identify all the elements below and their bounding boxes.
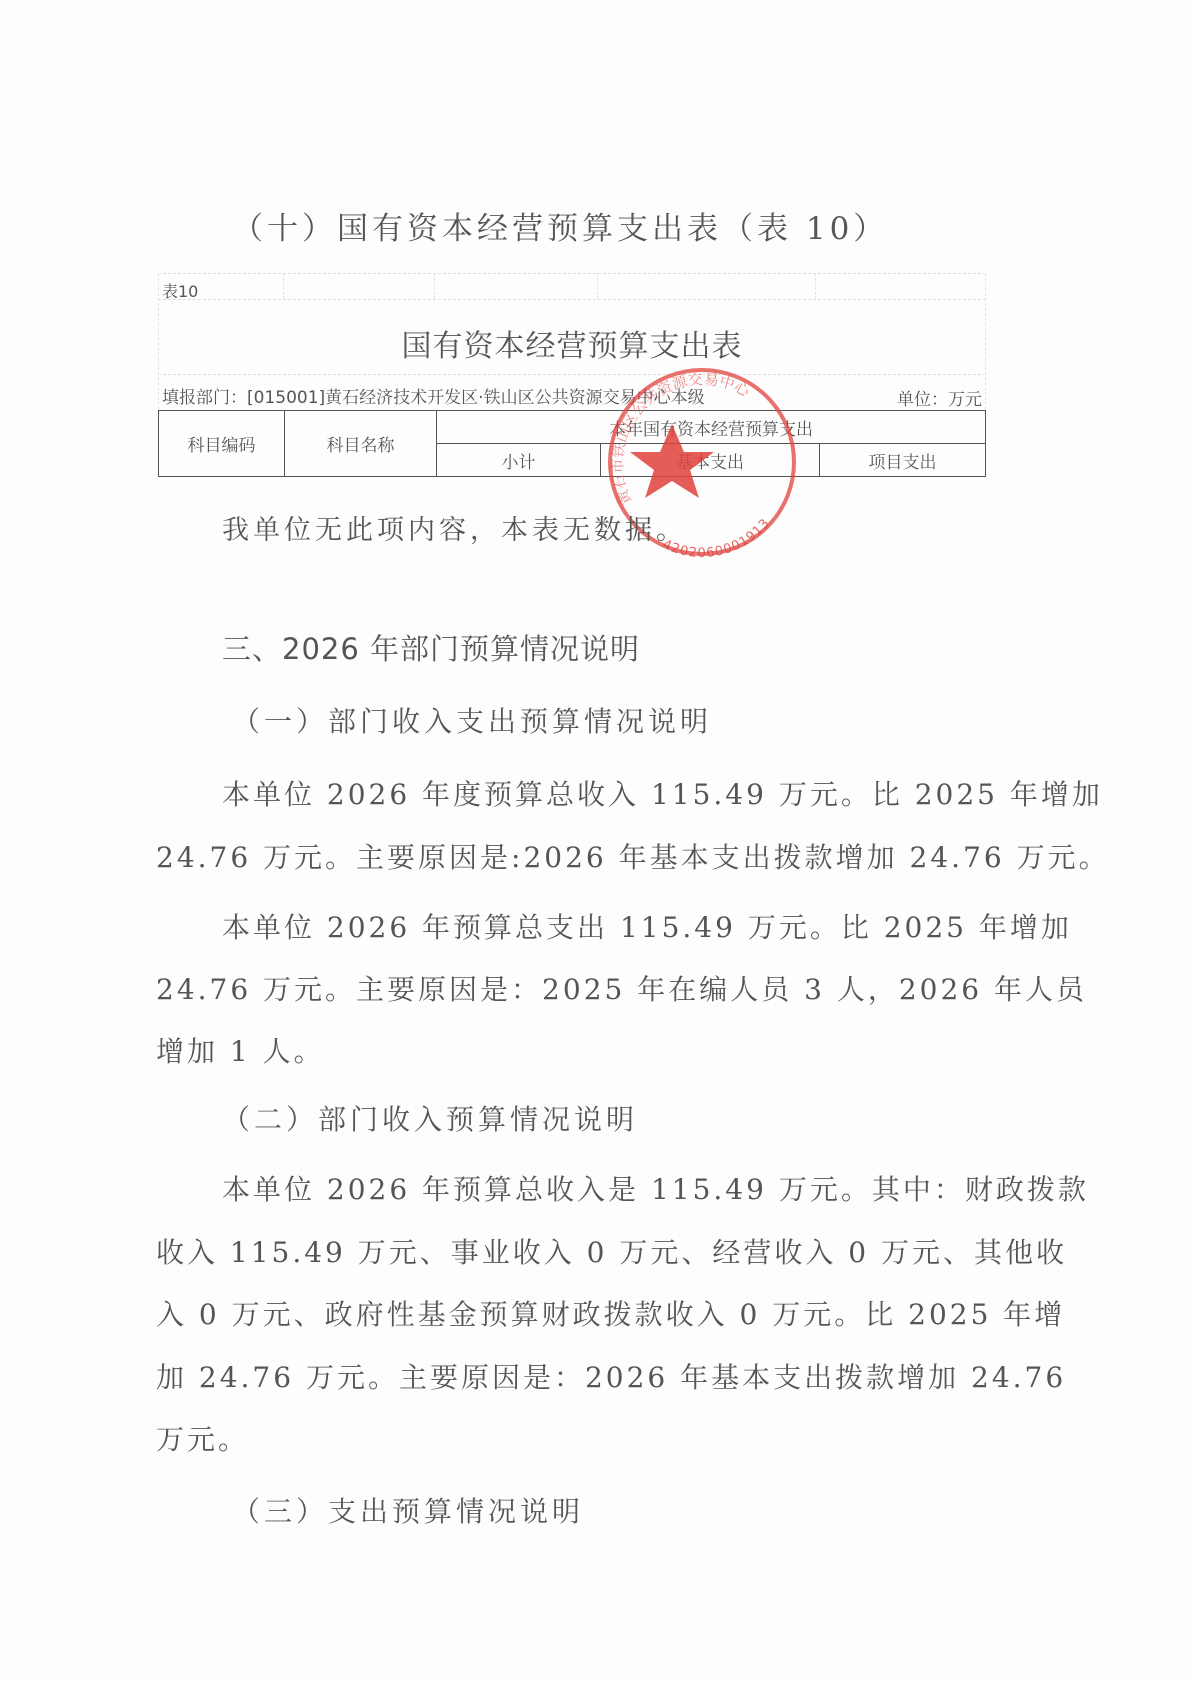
sheet-gridline (283, 273, 284, 299)
table-section-heading: （十）国有资本经营预算支出表（表 10） (232, 203, 888, 248)
sheet-gridline (597, 273, 598, 299)
subsection-1-title: （一）部门收入支出预算情况说明 (232, 700, 712, 740)
subsection-2-title: （二）部门收入预算情况说明 (222, 1098, 638, 1138)
col-project-header: 项目支出 (820, 444, 986, 477)
paragraph-line: 24.76 万元。主要原因是：2025 年在编人员 3 人，2026 年人员 (156, 968, 1087, 1008)
col-name-header: 科目名称 (285, 411, 437, 477)
fill-department: 填报部门：[015001]黄石经济技术开发区·铁山区公共资源交易中心本级 (162, 383, 705, 408)
paragraph-line: 本单位 2026 年度预算总收入 115.49 万元。比 2025 年增加 (222, 773, 1103, 813)
col-subtotal-header: 小计 (437, 444, 601, 477)
paragraph-line: 本单位 2026 年预算总收入是 115.49 万元。其中：财政拨款 (222, 1168, 1089, 1208)
budget-table: 科目编码 科目名称 本年国有资本经营预算支出 小计 基本支出 项目支出 (158, 410, 986, 477)
paragraph-line: 24.76 万元。主要原因是:2026 年基本支出拨款增加 24.76 万元。 (156, 836, 1110, 876)
sheet-label: 表10 (162, 279, 198, 302)
budget-sheet: 表10 国有资本经营预算支出表 填报部门：[015001]黄石经济技术开发区·铁… (158, 273, 986, 473)
sheet-gridline (158, 299, 986, 300)
table-header-row: 科目编码 科目名称 本年国有资本经营预算支出 (159, 411, 986, 444)
sheet-title: 国有资本经营预算支出表 (158, 321, 986, 365)
col-group-header: 本年国有资本经营预算支出 (437, 411, 986, 444)
sheet-gridline (158, 374, 986, 375)
col-code-header: 科目编码 (159, 411, 285, 477)
sheet-gridline (815, 273, 816, 299)
paragraph-line: 入 0 万元、政府性基金预算财政拨款收入 0 万元。比 2025 年增 (156, 1293, 1065, 1333)
paragraph-line: 万元。 (156, 1418, 249, 1458)
subsection-3-title: （三）支出预算情况说明 (232, 1490, 584, 1530)
sheet-gridline (434, 273, 435, 299)
paragraph-line: 收入 115.49 万元、事业收入 0 万元、经营收入 0 万元、其他收 (156, 1231, 1067, 1271)
paragraph-line: 本单位 2026 年预算总支出 115.49 万元。比 2025 年增加 (222, 906, 1072, 946)
no-data-note: 我单位无此项内容，本表无数据。 (222, 508, 687, 547)
unit-label: 单位：万元 (897, 385, 982, 410)
paragraph-line: 增加 1 人。 (156, 1030, 325, 1070)
paragraph-line: 加 24.76 万元。主要原因是：2026 年基本支出拨款增加 24.76 (156, 1356, 1066, 1396)
col-basic-header: 基本支出 (601, 444, 820, 477)
section-3-title: 三、2026 年部门预算情况说明 (222, 627, 640, 668)
